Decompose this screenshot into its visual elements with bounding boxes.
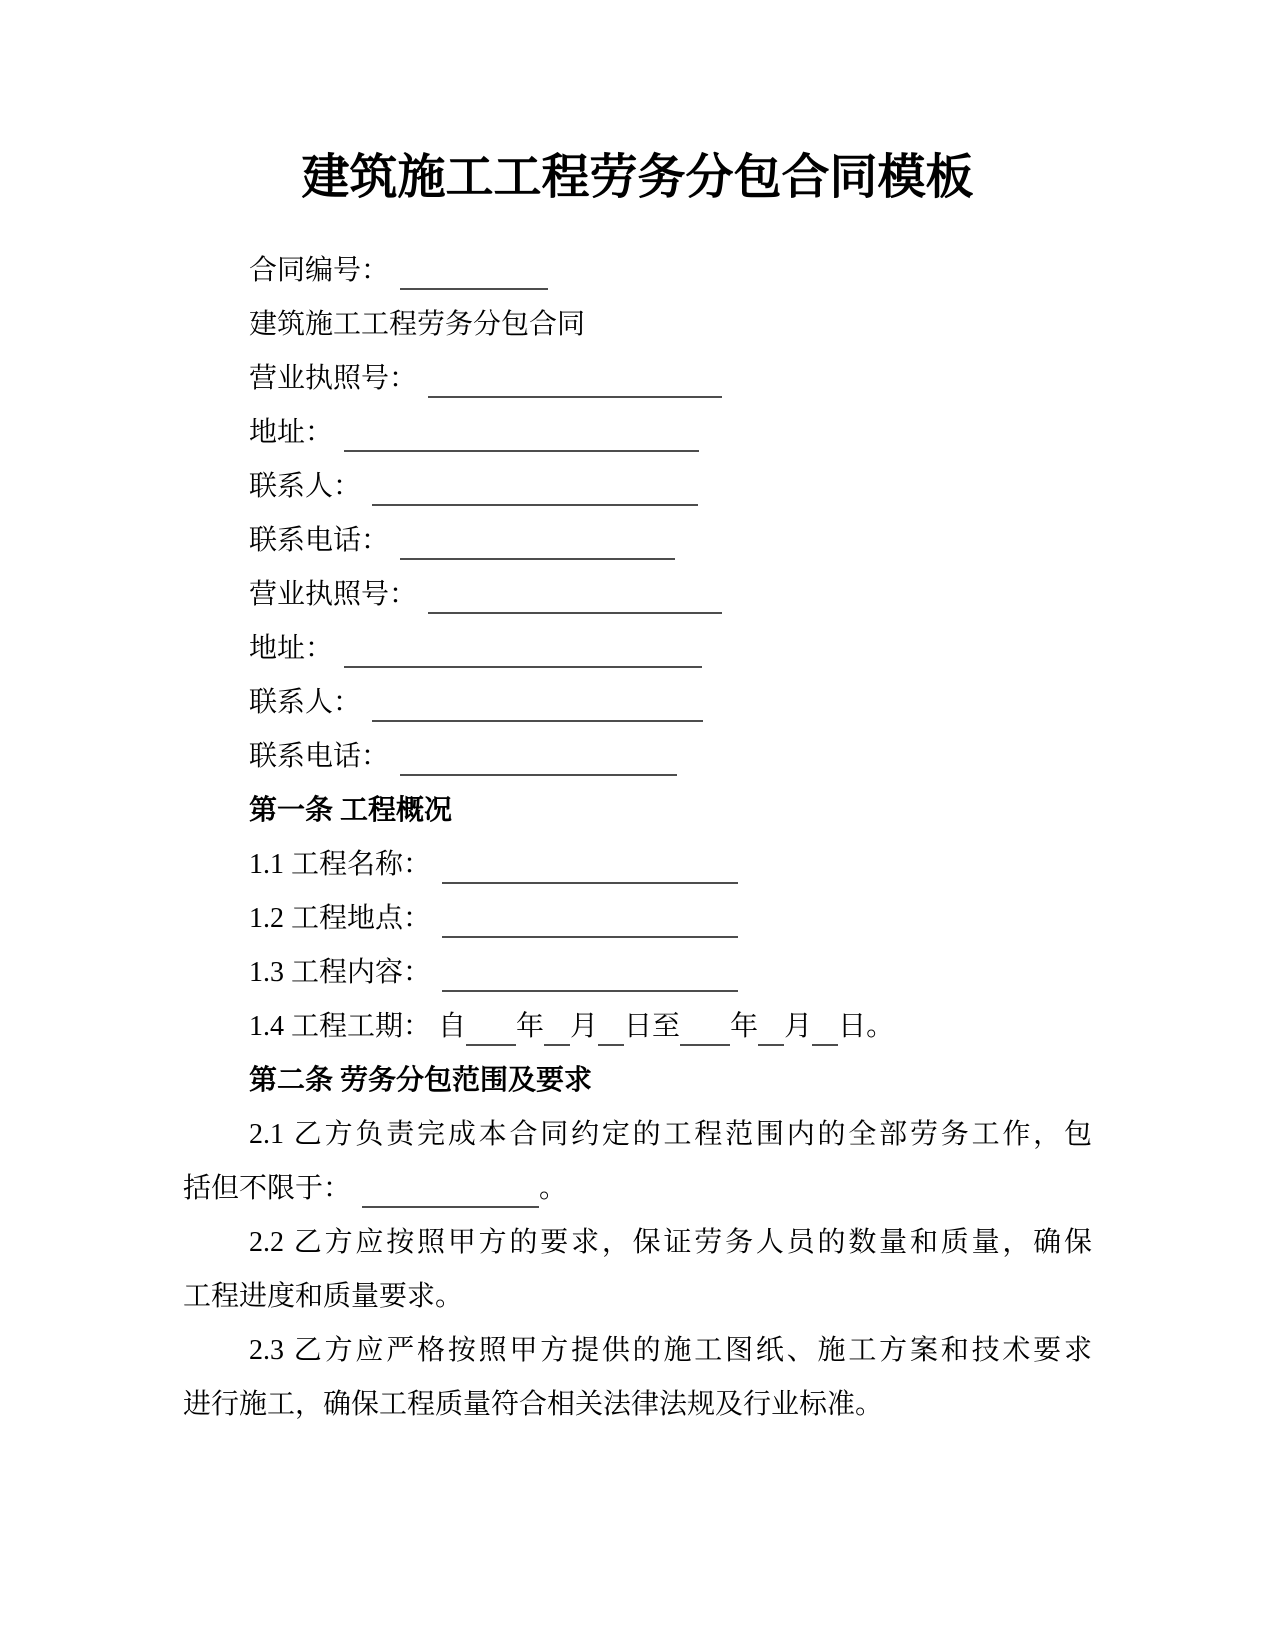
blank-underline xyxy=(372,676,703,722)
blank-underline xyxy=(400,244,548,290)
text-run: 营业执照号： xyxy=(249,363,417,394)
clause-1-2-project-location: 1.2 工程地点： xyxy=(183,892,1092,946)
blank-underline xyxy=(544,1000,570,1046)
party-a-address-field: 地址： xyxy=(183,406,1092,460)
document-title: 建筑施工工程劳务分包合同模板 xyxy=(0,0,1275,210)
blank-underline xyxy=(758,1000,784,1046)
blank-underline xyxy=(598,1000,624,1046)
clause-2-3-line-2: 进行施工，确保工程质量符合相关法律法规及行业标准。 xyxy=(183,1378,1092,1432)
text-run: 第一条 工程概况 xyxy=(249,795,452,826)
text-run: 2.2 乙方应按照甲方的要求，保证劳务人员的数量和质量，确保 xyxy=(249,1227,1092,1258)
text-run: 月 xyxy=(570,1011,598,1042)
party-b-address-field: 地址： xyxy=(183,622,1092,676)
text-run: 2.1 乙方负责完成本合同约定的工程范围内的全部劳务工作，包 xyxy=(249,1119,1092,1150)
blank-underline xyxy=(400,514,675,560)
clause-1-4-project-duration: 1.4 工程工期： 自年月日至年月日。 xyxy=(183,1000,1092,1054)
text-run: 月 xyxy=(784,1011,812,1042)
text-run: 日。 xyxy=(838,1011,894,1042)
document-body: 合同编号：建筑施工工程劳务分包合同营业执照号：地址：联系人：联系电话：营业执照号… xyxy=(183,244,1092,1432)
blank-underline xyxy=(372,460,698,506)
text-run: 联系电话： xyxy=(249,741,389,772)
text-run: 。 xyxy=(539,1173,567,1204)
text-run: 1.3 工程内容： xyxy=(249,957,431,988)
blank-underline xyxy=(362,1162,539,1208)
blank-underline xyxy=(344,622,702,668)
text-run: 地址： xyxy=(249,633,333,664)
party-b-contact-field: 联系人： xyxy=(183,676,1092,730)
party-a-phone-field: 联系电话： xyxy=(183,514,1092,568)
blank-underline xyxy=(442,946,738,992)
party-b-phone-field: 联系电话： xyxy=(183,730,1092,784)
contract-subtitle: 建筑施工工程劳务分包合同 xyxy=(183,298,1092,352)
blank-underline xyxy=(466,1000,516,1046)
article-2-heading: 第二条 劳务分包范围及要求 xyxy=(183,1054,1092,1108)
text-run: 年 xyxy=(516,1011,544,1042)
clause-1-3-project-content: 1.3 工程内容： xyxy=(183,946,1092,1000)
text-run: 联系电话： xyxy=(249,525,389,556)
blank-underline xyxy=(680,1000,730,1046)
text-run: 合同编号： xyxy=(249,255,389,286)
blank-underline xyxy=(400,730,677,776)
text-run: 括但不限于： xyxy=(183,1173,351,1204)
clause-2-1-line-1: 2.1 乙方负责完成本合同约定的工程范围内的全部劳务工作，包 xyxy=(183,1108,1092,1162)
article-1-heading: 第一条 工程概况 xyxy=(183,784,1092,838)
document-page: 建筑施工工程劳务分包合同模板 合同编号：建筑施工工程劳务分包合同营业执照号：地址… xyxy=(0,0,1275,1650)
text-run: 营业执照号： xyxy=(249,579,417,610)
text-run: 第二条 劳务分包范围及要求 xyxy=(249,1065,592,1096)
text-run: 1.2 工程地点： xyxy=(249,903,431,934)
party-b-license-field: 营业执照号： xyxy=(183,568,1092,622)
text-run: 建筑施工工程劳务分包合同 xyxy=(249,309,585,340)
clause-2-2-line-1: 2.2 乙方应按照甲方的要求，保证劳务人员的数量和质量，确保 xyxy=(183,1216,1092,1270)
blank-underline xyxy=(812,1000,838,1046)
text-run: 联系人： xyxy=(249,471,361,502)
blank-underline xyxy=(442,892,738,938)
text-run: 工程进度和质量要求。 xyxy=(183,1281,463,1312)
clause-2-3-line-1: 2.3 乙方应严格按照甲方提供的施工图纸、施工方案和技术要求 xyxy=(183,1324,1092,1378)
contract-number-field: 合同编号： xyxy=(183,244,1092,298)
text-run: 1.1 工程名称： xyxy=(249,849,431,880)
party-a-contact-field: 联系人： xyxy=(183,460,1092,514)
clause-1-1-project-name: 1.1 工程名称： xyxy=(183,838,1092,892)
text-run: 1.4 工程工期： 自 xyxy=(249,1011,466,1042)
blank-underline xyxy=(428,568,722,614)
text-run: 地址： xyxy=(249,417,333,448)
blank-underline xyxy=(442,838,738,884)
clause-2-1-line-2: 括但不限于：。 xyxy=(183,1162,1092,1216)
text-run: 日至 xyxy=(624,1011,680,1042)
clause-2-2-line-2: 工程进度和质量要求。 xyxy=(183,1270,1092,1324)
blank-underline xyxy=(344,406,699,452)
party-a-license-field: 营业执照号： xyxy=(183,352,1092,406)
blank-underline xyxy=(428,352,722,398)
text-run: 联系人： xyxy=(249,687,361,718)
text-run: 进行施工，确保工程质量符合相关法律法规及行业标准。 xyxy=(183,1389,883,1420)
text-run: 年 xyxy=(730,1011,758,1042)
text-run: 2.3 乙方应严格按照甲方提供的施工图纸、施工方案和技术要求 xyxy=(249,1335,1092,1366)
